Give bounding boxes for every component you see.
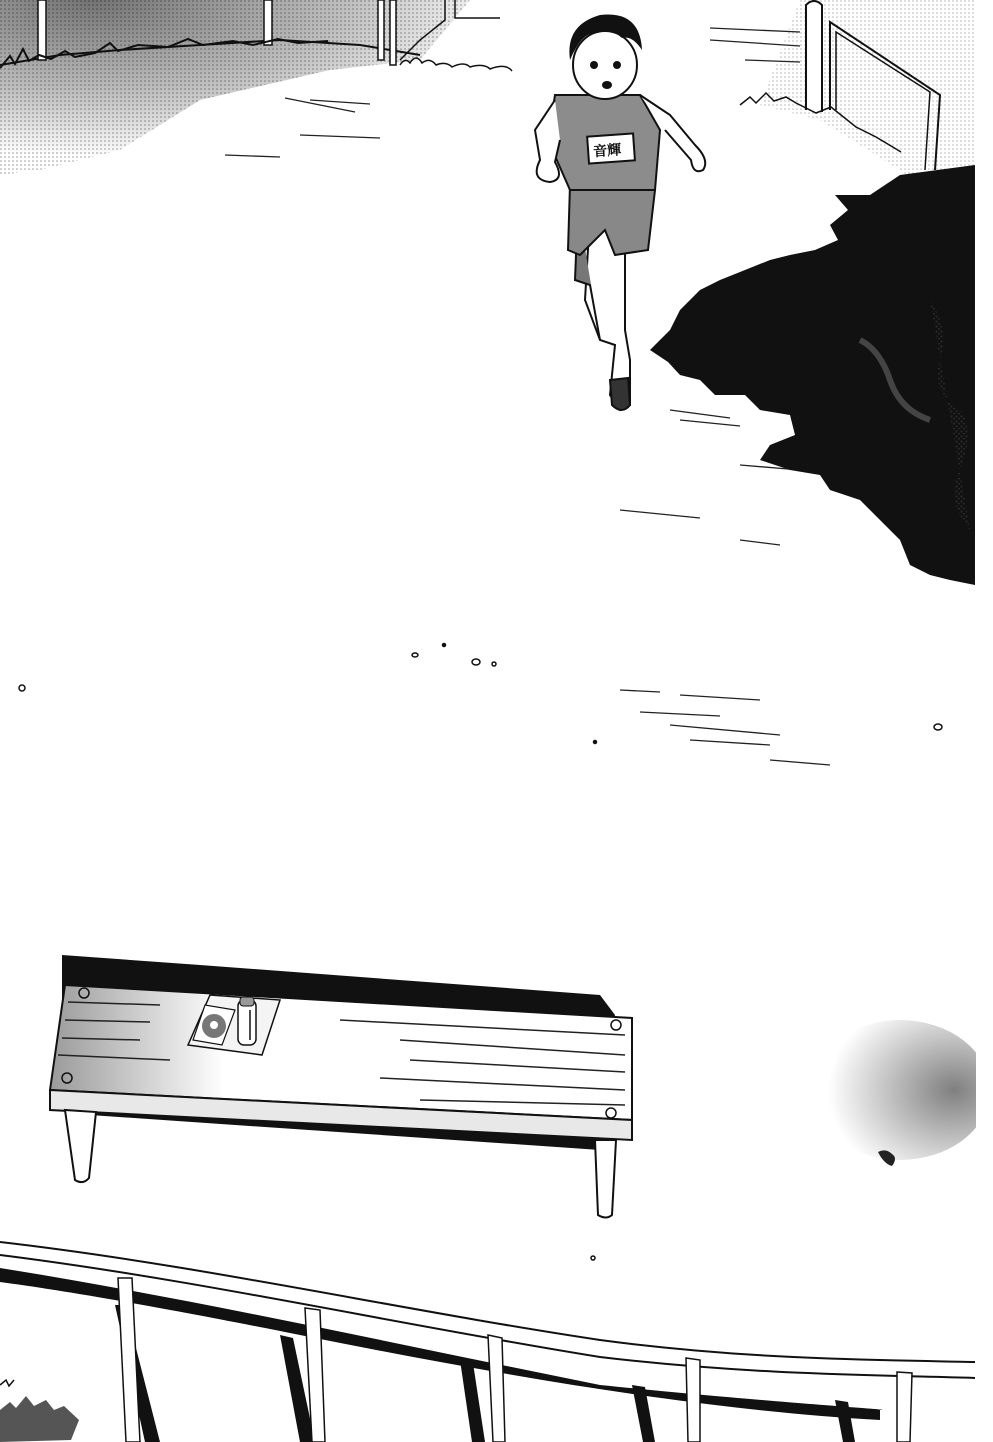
bib-text: 音輝 — [593, 141, 623, 160]
manga-panel: 音輝 — [0, 0, 993, 1442]
page-margin — [976, 0, 993, 1442]
bottle — [238, 997, 256, 1045]
